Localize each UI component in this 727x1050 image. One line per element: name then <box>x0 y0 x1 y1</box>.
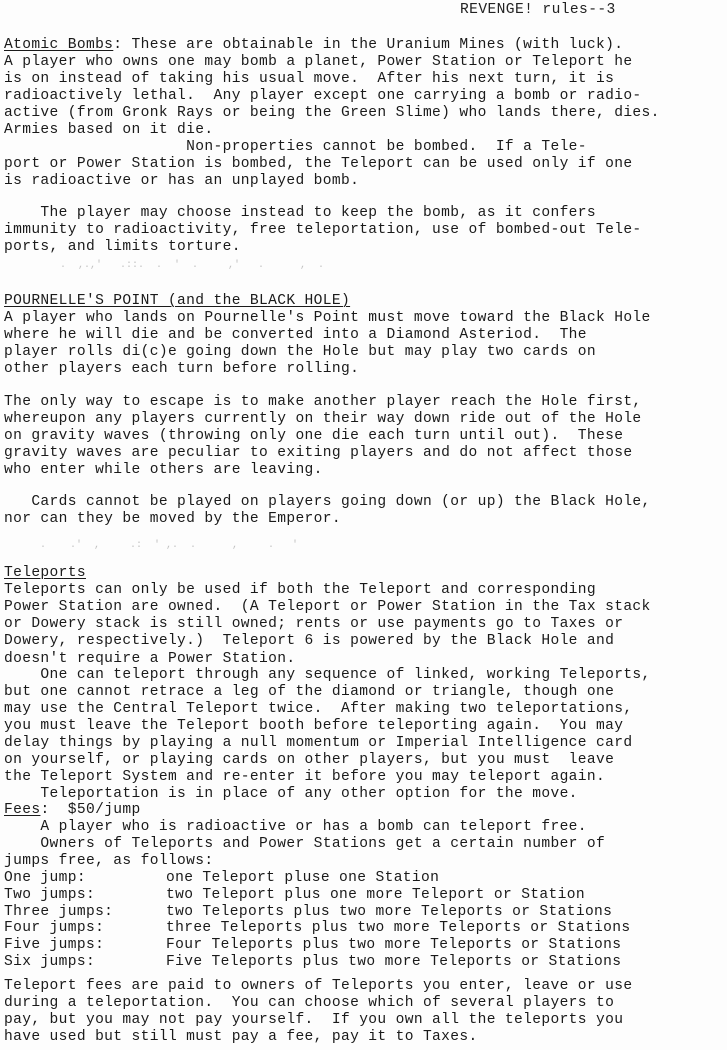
atomic-line: Non-properties cannot be bombed. If a Te… <box>4 139 587 156</box>
jump-table-desc: one Teleport pluse one Station <box>166 870 439 887</box>
jump-table-label: Six jumps: <box>4 954 95 971</box>
atomic-line: port or Power Station is bombed, the Tel… <box>4 156 632 173</box>
pournelle-line: whereupon any players currently on their… <box>4 411 642 428</box>
teleports-line: delay things by playing a null momentum … <box>4 735 632 752</box>
pournelle-line: player rolls di(c)e going down the Hole … <box>4 344 596 361</box>
teleports-line: you must leave the Teleport booth before… <box>4 718 623 735</box>
jump-table-desc: Four Teleports plus two more Teleports o… <box>166 937 621 954</box>
atomic-line: ports, and limits torture. <box>4 239 241 256</box>
pournelle-line: on gravity waves (throwing only one die … <box>4 428 623 445</box>
atomic-line-0: Atomic Bombs: These are obtainable in th… <box>4 37 623 54</box>
scan-noise: . .' , .: ' ,. . , . ' <box>40 540 298 551</box>
pournelle-line: gravity waves are peculiar to exiting pl… <box>4 445 632 462</box>
fees-value: : $50/jump <box>40 802 140 818</box>
fees-heading: Fees <box>4 802 40 818</box>
pournelle-line: other players each turn before rolling. <box>4 361 359 378</box>
pournelle-heading: POURNELLE'S POINT (and the BLACK HOLE) <box>4 293 350 310</box>
typed-rules-page: REVENGE! rules--3 Atomic Bombs: These ar… <box>0 0 727 1050</box>
atomic-line: radioactively lethal. Any player except … <box>4 88 642 105</box>
pournelle-line: where he will die and be converted into … <box>4 327 587 344</box>
atomic-line: The player may choose instead to keep th… <box>4 205 596 222</box>
jump-table-label: Three jumps: <box>4 904 113 921</box>
fees-closing-line: Teleport fees are paid to owners of Tele… <box>4 978 632 995</box>
fees-line: Fees: $50/jump <box>4 802 141 819</box>
teleports-line: or Dowery stack is still owned; rents or… <box>4 616 623 633</box>
teleports-line: but one cannot retrace a leg of the diam… <box>4 684 614 701</box>
teleports-line: Teleportation is in place of any other o… <box>4 786 578 803</box>
jump-table-label: Four jumps: <box>4 920 104 937</box>
pournelle-line: The only way to escape is to make anothe… <box>4 394 642 411</box>
teleports-line: the Teleport System and re-enter it befo… <box>4 769 605 786</box>
teleports-line: Teleports can only be used if both the T… <box>4 582 596 599</box>
pournelle-line: nor can they be moved by the Emperor. <box>4 511 341 528</box>
teleports-line: doesn't require a Power Station. <box>4 651 295 668</box>
jump-table-desc: two Teleports plus two more Teleports or… <box>166 904 612 921</box>
fees-line: A player who is radioactive or has a bom… <box>4 819 587 836</box>
jump-table-desc: two Teleport plus one more Teleport or S… <box>166 887 585 904</box>
teleports-line: Dowery, respectively.) Teleport 6 is pow… <box>4 633 614 650</box>
scan-noise: . ,.,' .::. . ' . ,' . , . <box>60 260 324 271</box>
teleports-line: One can teleport through any sequence of… <box>4 667 651 684</box>
teleports-line: on yourself, or playing cards on other p… <box>4 752 614 769</box>
fees-line: Owners of Teleports and Power Stations g… <box>4 836 605 853</box>
teleports-line: Power Station are owned. (A Teleport or … <box>4 599 651 616</box>
atomic-line: A player who owns one may bomb a planet,… <box>4 54 632 71</box>
atomic-line: immunity to radioactivity, free teleport… <box>4 222 642 239</box>
atomic-line: is on instead of taking his usual move. … <box>4 71 614 88</box>
fees-closing-line: pay, but you may not pay yourself. If yo… <box>4 1012 623 1029</box>
page-header: REVENGE! rules--3 <box>460 2 616 18</box>
jump-table-desc: three Teleports plus two more Teleports … <box>166 920 631 937</box>
atomic-line: Armies based on it die. <box>4 122 213 139</box>
fees-closing-line: during a teleportation. You can choose w… <box>4 995 614 1012</box>
jump-table-label: Five jumps: <box>4 937 104 954</box>
teleports-heading: Teleports <box>4 565 86 582</box>
atomic-line: active (from Gronk Rays or being the Gre… <box>4 105 660 122</box>
jump-table-label: Two jumps: <box>4 887 95 904</box>
teleports-line: may use the Central Teleport twice. Afte… <box>4 701 632 718</box>
jump-table-label: One jump: <box>4 870 86 887</box>
fees-line: jumps free, as follows: <box>4 853 213 870</box>
atomic-heading: Atomic Bombs <box>4 37 113 53</box>
atomic-line: is radioactive or has an unplayed bomb. <box>4 173 359 190</box>
pournelle-line: who enter while others are leaving. <box>4 462 323 479</box>
fees-closing-line: have used but still must pay a fee, pay … <box>4 1029 478 1046</box>
pournelle-line: A player who lands on Pournelle's Point … <box>4 310 651 327</box>
jump-table-desc: Five Teleports plus two more Teleports o… <box>166 954 621 971</box>
pournelle-line: Cards cannot be played on players going … <box>4 494 651 511</box>
